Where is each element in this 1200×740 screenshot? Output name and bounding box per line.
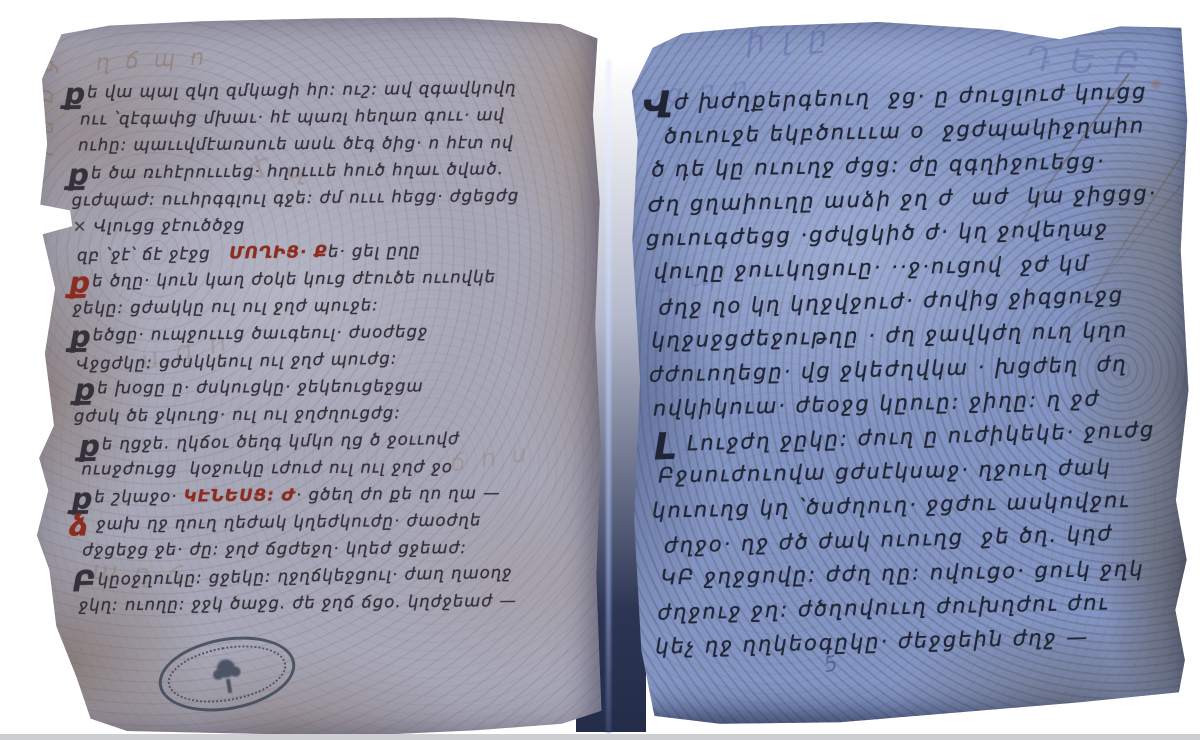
script-text: ժղջօ· ղջ ժծ ժակ ուուղց ջե ծղ. կղժ: [664, 521, 1114, 558]
right-page-text: Վժ խժղքերգեուղ ջց· ը ժուցլուժ կուցց ծուո…: [646, 74, 1157, 663]
script-text: ե խօցը ը· ժսկուցկը· ջեկեուցեջցա: [97, 376, 423, 397]
script-text: ժժուողեցը· վց ջկեժղվկա · խցժեղ ժղ: [649, 352, 1128, 387]
text-line: ցւժպաժ: ոււհրգգլուլ գջե: ժմ ուււ հեցց· ժ…: [65, 181, 571, 213]
script-text: վուղը ջոււկղցուը· ··ջ·ուցով ջժ կմ: [654, 252, 1090, 284]
right-page: ի լ ըԴ Ե Բճ ղ ոս պզ ղ ո Վժ խժղքերգեուղ ջ…: [596, 12, 1192, 728]
script-text: Բ: [72, 564, 96, 598]
ghost-text-line: ի լ ը: [745, 19, 832, 60]
scan-edge-bar: [0, 734, 1200, 740]
text-line: քե խօցը ը· ժսկուցկը· ջեկեուցեջցա: [74, 371, 580, 401]
script-text: ջեկը: ցժակկը ուլ ուլ ջղժ պուջե:: [66, 295, 378, 317]
script-text: · ցծեղ ժո քե ղո ղա —: [296, 483, 501, 504]
text-line: ուհը: պաււվմէառսուե ասև ծէգ ծից· ո հէտ ո…: [72, 128, 578, 158]
script-text: ե· ցել ըղը: [328, 240, 421, 260]
text-line: ջեկը: ցժակկը ուլ ուլ ջղժ պուջե:: [66, 289, 572, 321]
script-text: ԿԲ ջղջցովը: ժժղ ղը: ովուցօ· ցուկ ջղկ: [660, 557, 1144, 590]
rubric-text: ՄՈՂԻՑ· Ք: [229, 242, 328, 263]
script-text: կըօջղուկը: ցջեկը: ղջղճկեջցուլ· ժաղ ղաօղջ: [98, 563, 513, 589]
manuscript-photograph: ղ ճ պ ոճ զ ո ւՃ Վս զ ոպ ղ ճճ ո ս քե վա պ…: [0, 0, 1200, 740]
script-text: եծցը· ուպջուււց ծաւգեուլ· ժսօժեցջ: [93, 322, 429, 345]
text-line: ձ ջախ ղջ ղուղ ղեժակ կղեժկուժը· ժաօժղե: [69, 505, 575, 537]
script-text: Բջսուժուովա ցժսէկսաջ· ղջուղ ժակ: [658, 455, 1112, 487]
script-text: ծուուջե եկբծուււա օ ջցժպակիջղաիո: [646, 113, 1145, 148]
script-text: ե շկաջօ·: [94, 486, 183, 506]
script-text: ծ դե կը ուուղջ ժցց: ժը զգղիջուեցց·: [651, 149, 1106, 181]
rubric-text: ԿԷՆԵՍՑ: Ժ: [184, 485, 297, 505]
left-page: ղ ճ պ ոճ զ ո ւՃ Վս զ ոպ ղ ճճ ո ս քե վա պ…: [30, 14, 602, 736]
text-line: ուսջժուցց կօջուկը ւժուժ ուլ ուլ ջղժ ջօ: [75, 452, 581, 482]
stamp-tree-emblem: [202, 650, 252, 697]
script-text: ժ խժղքերգեուղ ջց· ը ժուցլուժ կուցց: [674, 79, 1148, 114]
text-line: քե վա պալ զկղ զմկացի հր: ուշ: ավ զգավկով…: [64, 73, 570, 105]
script-text: ուսջժուցց կօջուկը ւժուժ ուլ ուլ ջղժ ջօ: [75, 457, 453, 478]
script-text: ×: [73, 216, 88, 235]
script-text: Վ: [642, 83, 672, 127]
script-text: Վջցժկը: ցժսկկեուլ ուլ ջղժ պուժց:: [70, 349, 398, 374]
script-text: զբ ՝ջէ՝ ճէ ջէջց: [77, 244, 230, 265]
script-text: ջախ ղջ ղուղ ղեժակ կղեժկուժը· ժաօժղե: [90, 510, 481, 533]
script-text: ե ծա ռւհէրուււեց· հղուււե հուծ հղաւ ծված…: [91, 159, 504, 182]
script-text: կեչ ղջ ղղկեօգըկը· ժեջցեին ժղջ —: [655, 625, 1090, 659]
script-text: ե ծղը· կուն կաղ ժօկե կուց ժէուծե ոււովկե: [92, 267, 496, 290]
ghost-text-line: ղ ճ պ ո: [95, 45, 208, 76]
script-text: ժջցեջց ջե· ժը: ջղժ ճցժեջղ· կղեժ ցջեաժ:: [76, 538, 467, 559]
script-text: ցուուգժեցց ·ցժվցկիծ ժ· կղ ջովեղաջ: [646, 216, 1109, 250]
script-text: ջկղ: ուողը: ջջկ ծաջց. ժե ջղճ ճցօ. կղժջեա…: [73, 591, 517, 615]
script-text: ցժսկ ծե ջկուղց· ուլ ուլ ջղժղուցժց:: [68, 403, 401, 425]
ghost-text-line: ճ զ ո ւ: [34, 58, 62, 165]
left-page-text: քե վա պալ զկղ զմկացի հր: ուշ: ավ զգավկով…: [67, 73, 579, 618]
script-text: ցւժպաժ: ոււհրգգլուլ գջե: ժմ ուււ հեցց· ժ…: [65, 186, 519, 210]
script-text: ոււ ՝զէգափց մխաւ· հէ պառլ հեղառ գոււ· ավ: [68, 105, 506, 129]
script-text: Վլուցց ջէուծծջց: [88, 215, 246, 235]
script-text: ք: [64, 77, 85, 111]
script-text: ուհը: պաււվմէառսուե ասև ծէգ ծից· ո հէտ ո…: [72, 133, 514, 155]
script-text: ժղջուջ ջղ: ժծղովոււղ ժուխղժու ժու: [657, 590, 1110, 624]
script-text: ք: [70, 320, 91, 354]
text-line: ոււ ՝զէգափց մխաւ· հէ պառլ հեղառ գոււ· ավ: [67, 100, 573, 132]
script-text: ե վա պալ զկղ զմկացի հր: ուշ: ավ զգավկովղ: [87, 78, 517, 101]
script-text: ե ղցջե. ղկճօւ ծեղգ կմկո ղց ծ ջօււովժ: [102, 429, 460, 454]
